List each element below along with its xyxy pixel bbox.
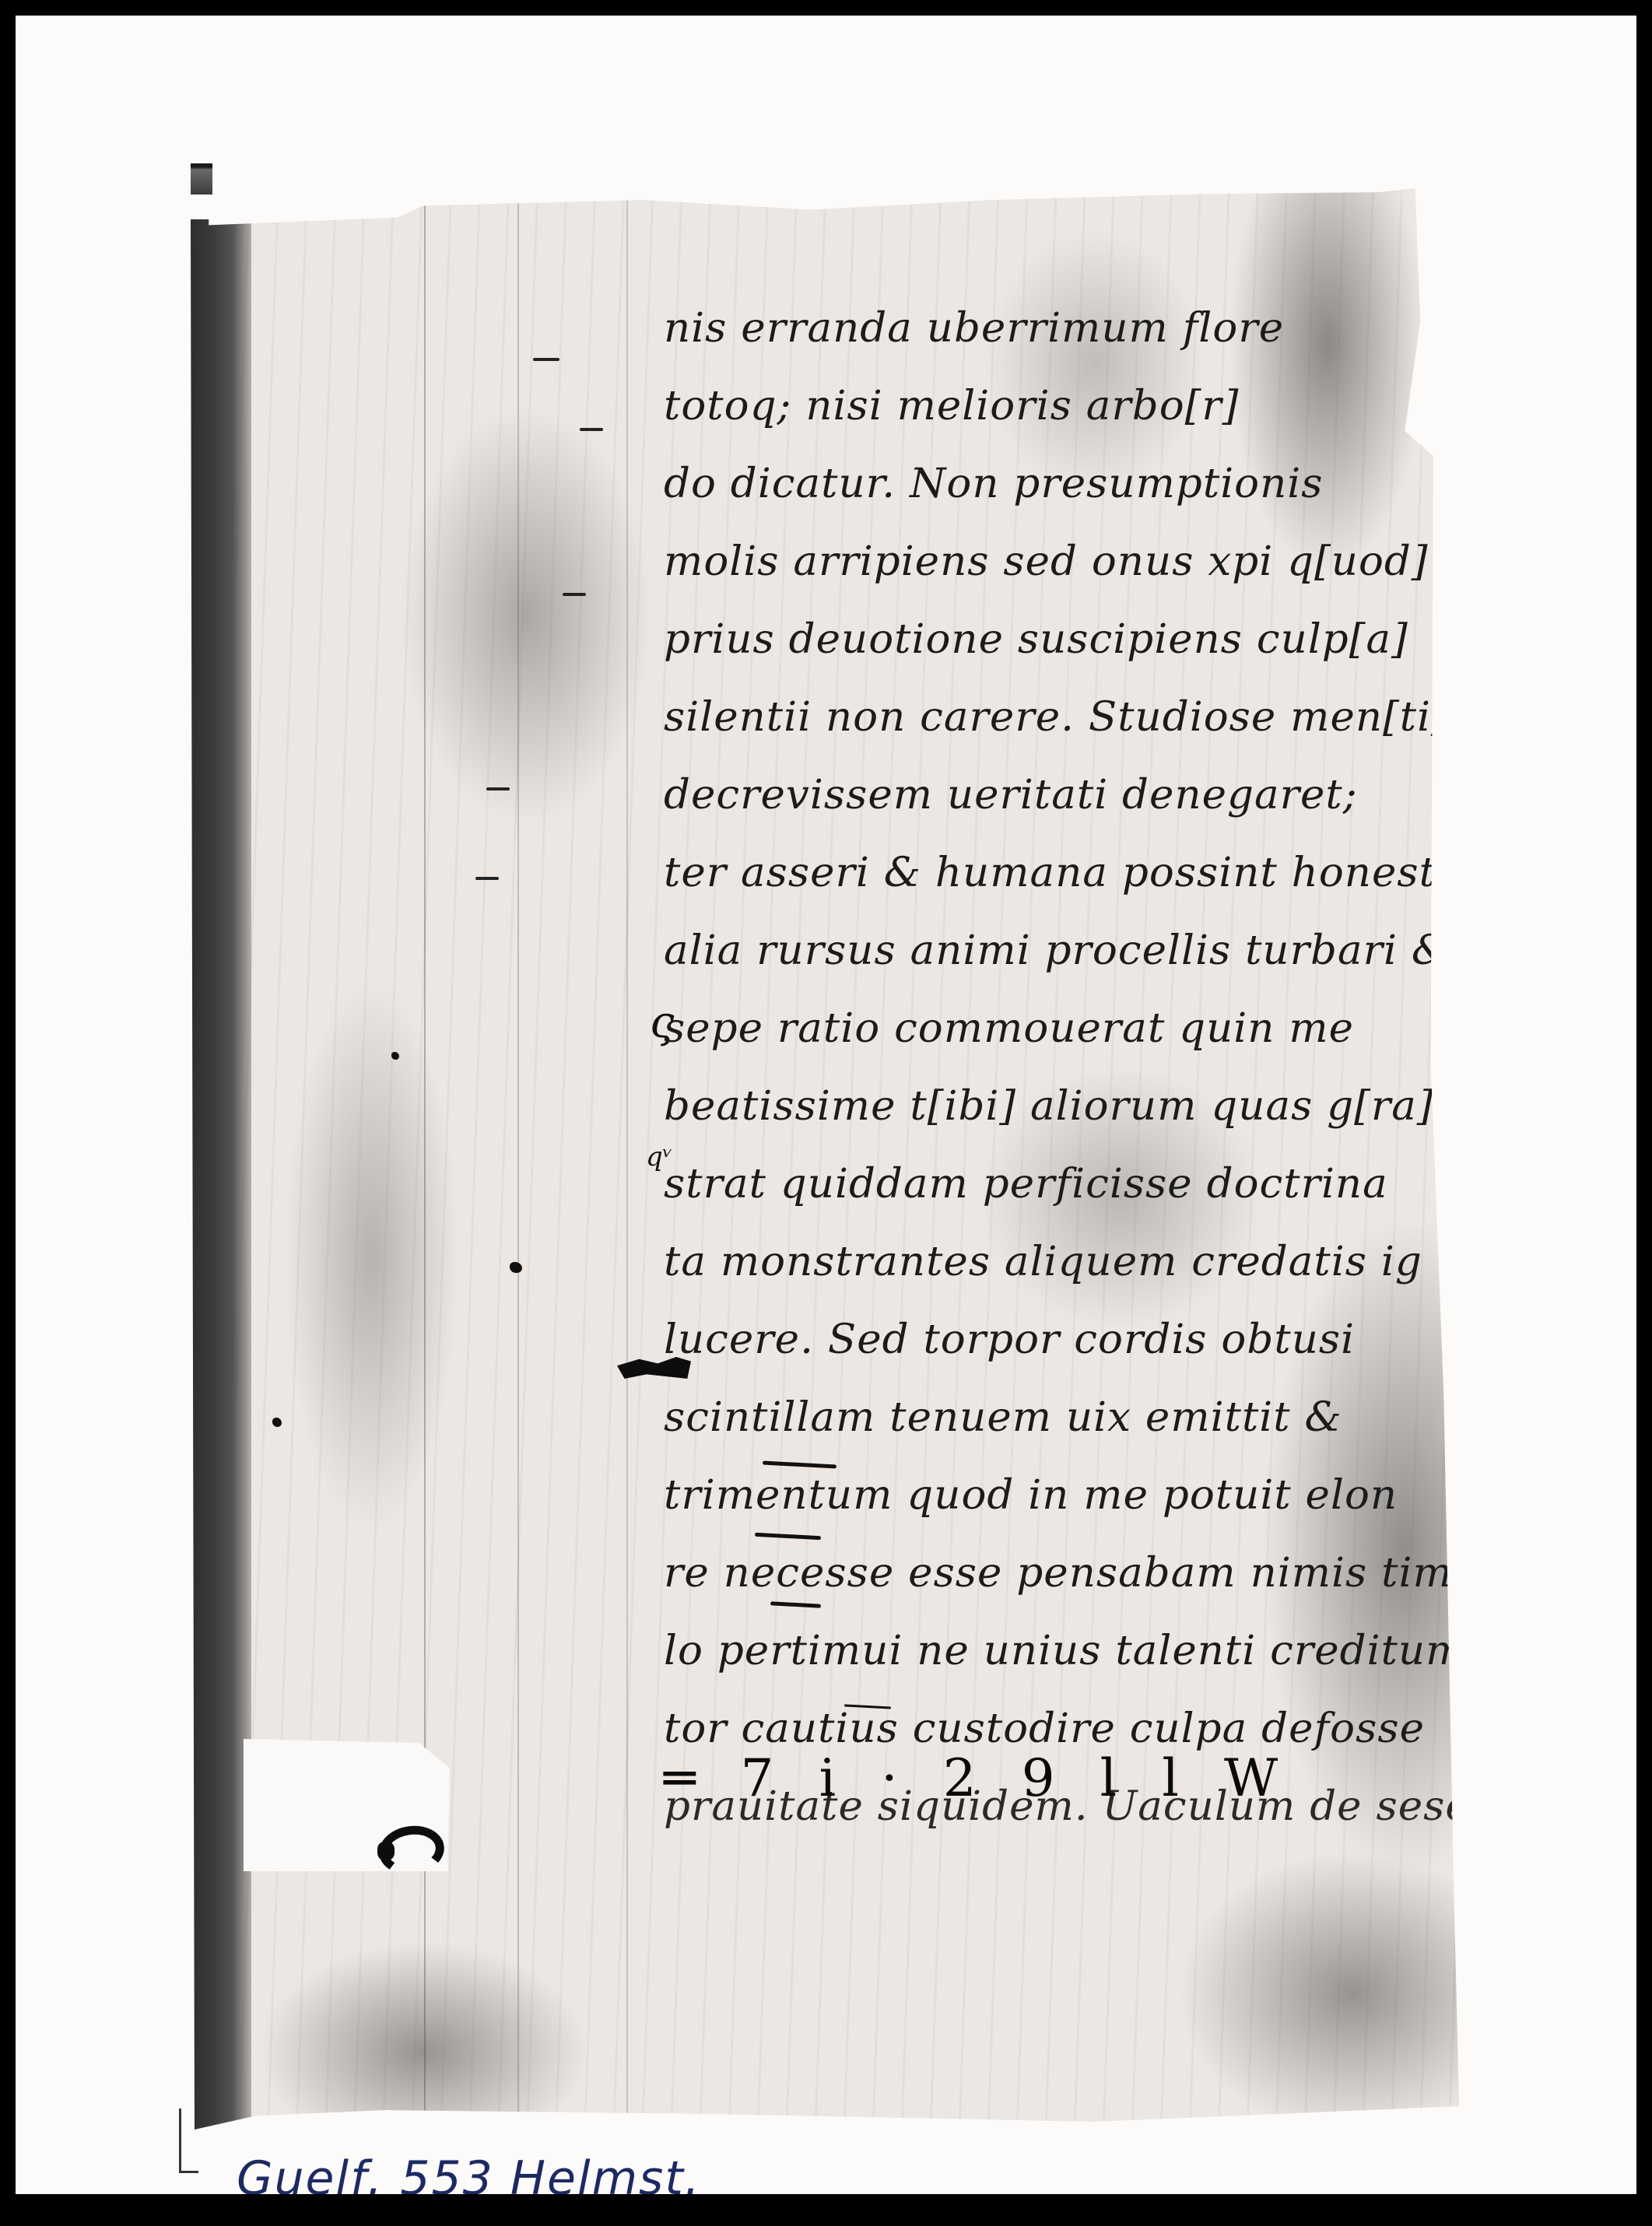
ink-dot: [391, 1052, 399, 1060]
ruling-line: [626, 188, 628, 2130]
text-line: prius deuotione suscipiens culp[a]: [664, 616, 1408, 663]
photo-mount: ς qᵛ nis erranda uberrimum flore totoq; …: [16, 16, 1636, 2194]
text-line: trimentum quod in me potuit elon: [664, 1472, 1398, 1519]
text-line: decrevissem ueritati denegaret;: [664, 772, 1358, 819]
prick-mark: [533, 358, 559, 361]
ink-dot: [510, 1262, 522, 1273]
text-line: lo pertimui ne unius talenti creditum: [664, 1628, 1465, 1674]
ruling-line: [517, 188, 519, 2130]
text-line: tor cautius custodire culpa defosse: [664, 1705, 1425, 1752]
text-line: alia rursus animi procellis turbari &: [664, 927, 1449, 974]
text-line: lucere. Sed torpor cordis obtusi: [664, 1316, 1355, 1363]
text-line: scintillam tenuem uix emittit &: [664, 1394, 1342, 1441]
text-line: beatissime t[ibi] aliorum quas g[ra]: [664, 1083, 1434, 1130]
text-line: re necesse esse pensabam nimis timi: [664, 1550, 1467, 1597]
interlinear-correction: ═ 7 i · 2 9 l l W: [664, 1748, 1292, 1808]
manuscript-leaf: ς qᵛ nis erranda uberrimum flore totoq; …: [191, 188, 1482, 2130]
text-line: sepe ratio commouerat quin me: [664, 1005, 1354, 1052]
abbreviation-bar: [770, 1601, 821, 1607]
text-line: silentii non carere. Studiose men[ti]: [664, 694, 1448, 741]
loop-ink-tail: [377, 1842, 395, 1860]
shelfmark-label: Guelf. 553 Helmst.: [237, 2151, 701, 2194]
text-line: strat quiddam perficisse doctrina: [664, 1161, 1388, 1208]
prick-mark: [563, 593, 586, 596]
text-line: nis erranda uberrimum flore: [664, 305, 1284, 352]
binding-strip: [191, 188, 251, 2130]
abbreviation-bar: [763, 1461, 837, 1469]
binding-tab: [191, 163, 212, 195]
prick-mark: [580, 428, 603, 431]
text-line: do dicatur. Non presumptionis: [664, 461, 1324, 507]
ink-dot: [272, 1418, 282, 1427]
text-line: totoq; nisi melioris arbo[r]: [664, 383, 1239, 429]
text-line: ta monstrantes aliquem credatis ig: [664, 1239, 1422, 1285]
prick-mark: [475, 877, 499, 880]
mount-corner: [179, 2109, 198, 2173]
abbreviation-bar: [755, 1533, 821, 1540]
text-line: ter asseri & humana possint honeste: [664, 850, 1461, 896]
text-line: molis arripiens sed onus xpi q[uod]: [664, 538, 1429, 585]
prick-mark: [486, 787, 510, 790]
